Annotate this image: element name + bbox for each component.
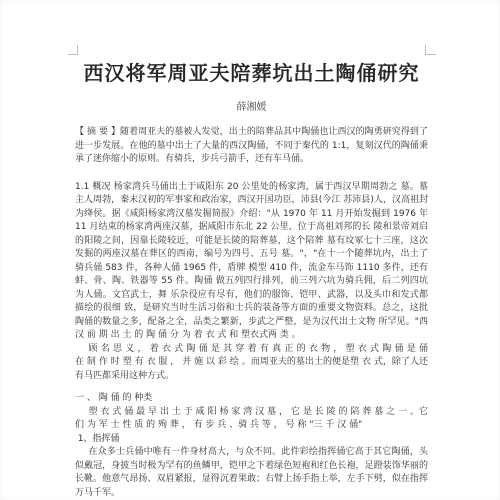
- overview-paragraph: 1.1 概况 杨家湾兵马俑出土于咸阳东 20 公里处的杨家湾，属于西汉早期周勃之…: [75, 181, 428, 343]
- author-name: 薛湘媛: [75, 101, 428, 114]
- types-intro-paragraph: 塑 衣 式 俑 最 早 出 土 于 咸 阳 杨 家 湾 汉 墓 ， 它 是 长 …: [75, 406, 428, 433]
- section-heading-types: 一 、 陶 俑 的 种类: [75, 392, 428, 406]
- subsection-heading-commander: 1、指挥俑: [75, 433, 428, 447]
- document-page: 西汉将军周亚夫陪葬坑出土陶俑研究 薛湘媛 【 摘 要 】随着周亚夫的墓被人发觉，…: [0, 0, 500, 500]
- document-title: 西汉将军周亚夫陪葬坑出土陶俑研究: [75, 58, 428, 88]
- definition-paragraph: 顾 名 思 义 ， 着 衣 式 陶 俑 是 其 穿 着 有 真 正 的 衣 物 …: [75, 343, 428, 384]
- document-body: 西汉将军周亚夫陪葬坑出土陶俑研究 薛湘媛 【 摘 要 】随着周亚夫的墓被人发觉，…: [75, 0, 428, 500]
- commander-figurine-paragraph: 在众多士兵俑中唯有一件身材高大，与众不同。此件彩绘指挥俑它高于其它陶俑，头似戴冠…: [75, 446, 428, 500]
- abstract-paragraph: 【 摘 要 】随着周亚夫的墓被人发觉，出土的陪葬品其中陶俑也让西汉的陶勇研究得到…: [75, 126, 428, 167]
